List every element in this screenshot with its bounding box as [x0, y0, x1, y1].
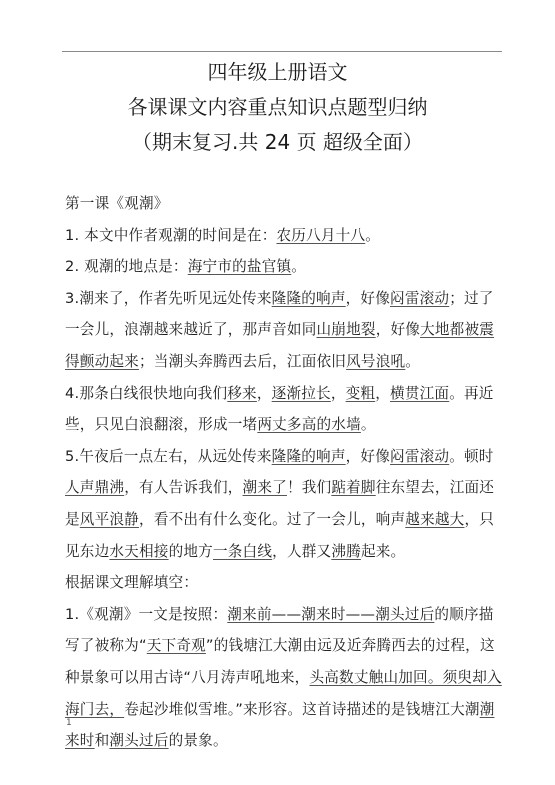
question-text: ，: [257, 385, 272, 402]
question-text: 的地方: [169, 543, 213, 560]
question-text: ，: [331, 385, 346, 402]
section2-heading: 根据课文理解填空：: [65, 567, 503, 599]
question-text: 。: [365, 227, 380, 244]
question-text: ，好像: [346, 448, 390, 465]
list-item: 1.《观潮》一文是按照：潮来前——潮来时——潮头过后的顺序描写了被称为“天下奇观…: [65, 599, 503, 757]
question-text: 卷起沙堆似雪堆。”来形容。这首诗描述的是钱塘江大潮: [124, 701, 480, 718]
answer-text: 闷雷滚动: [390, 290, 449, 307]
doc-title-line1: 四年级上册语文: [0, 58, 555, 86]
question-text: ，有人告诉我们，: [124, 479, 242, 496]
answer-text: 一条白线: [213, 543, 272, 560]
answer-text: 越来越大: [405, 511, 464, 528]
answer-text: 横贯江面: [390, 385, 449, 402]
answer-text: 移来: [227, 385, 257, 402]
question-text: 起来。: [361, 543, 405, 560]
question-text: ，好像: [346, 290, 390, 307]
answer-text: 风号浪吼: [346, 353, 405, 370]
answer-text: 潮来前——潮来时——潮头过后: [227, 606, 434, 623]
question-text: ，好像: [376, 321, 420, 338]
list-item: 3.潮来了，作者先听见远处传来隆隆的响声，好像闷雷滚动；过了一会儿，浪潮越来越近…: [65, 283, 503, 378]
question-text: ，: [375, 385, 390, 402]
question-text: ！我们: [287, 479, 331, 496]
answer-text: 山崩地裂: [317, 321, 376, 338]
lesson-heading: 第一课《观潮》: [65, 188, 503, 220]
question-text: ；当潮头奔腾西去后，江面依旧: [139, 353, 346, 370]
answer-text: 隆隆的响声: [272, 448, 346, 465]
answer-text: 闷雷滚动: [390, 448, 449, 465]
answer-text: 风平浪静: [80, 511, 139, 528]
lesson-items: 1. 本文中作者观潮的时间是在：农历八月十八。2. 观潮的地点是：海宁市的盐官镇…: [65, 220, 503, 568]
answer-text: 踮着脚: [331, 479, 375, 496]
question-text: 。: [291, 258, 306, 275]
question-text: 和: [95, 732, 110, 749]
answer-text: 隆隆的响声: [272, 290, 346, 307]
question-text: 3.潮来了，作者先听见远处传来: [65, 290, 272, 307]
answer-text: 人声鼎沸: [65, 479, 124, 496]
answer-text: 两丈多高的水墙: [257, 416, 361, 433]
question-text: 。: [405, 353, 420, 370]
answer-text: 变粗: [346, 385, 376, 402]
answer-text: 潮来了: [243, 479, 287, 496]
question-text: 的景象。: [169, 732, 228, 749]
question-text: 1. 本文中作者观潮的时间是在：: [65, 227, 276, 244]
page-number: 1: [66, 718, 72, 728]
question-text: 。顿时: [449, 448, 493, 465]
doc-title-line2: 各课课文内容重点知识点题型归纳: [0, 93, 555, 121]
header-rule: [62, 51, 502, 52]
section2-items: 1.《观潮》一文是按照：潮来前——潮来时——潮头过后的顺序描写了被称为“天下奇观…: [65, 599, 503, 757]
question-text: 4.那条白线很快地向我们: [65, 385, 227, 402]
answer-text: 潮头过后: [109, 732, 168, 749]
document-body: 第一课《观潮》 1. 本文中作者观潮的时间是在：农历八月十八。2. 观潮的地点是…: [65, 188, 503, 757]
doc-title-line3: （期末复习.共 24 页 超级全面）: [0, 128, 555, 156]
answer-text: 逐渐拉长: [272, 385, 331, 402]
answer-text: 海宁市的盐官镇: [188, 258, 292, 275]
question-text: 。: [361, 416, 376, 433]
list-item: 5.午夜后一点左右，从远处传来隆隆的响声，好像闷雷滚动。顿时人声鼎沸，有人告诉我…: [65, 441, 503, 567]
question-text: 5.午夜后一点左右，从远处传来: [65, 448, 272, 465]
question-text: 1.《观潮》一文是按照：: [65, 606, 227, 623]
list-item: 2. 观潮的地点是：海宁市的盐官镇。: [65, 251, 503, 283]
answer-text: 水天相接: [109, 543, 168, 560]
answer-text: 农历八月十八: [276, 227, 365, 244]
answer-text: 天下奇观: [147, 637, 206, 654]
question-text: ，人群又: [272, 543, 331, 560]
list-item: 4.那条白线很快地向我们移来，逐渐拉长，变粗，横贯江面。再近些，只见白浪翻滚，形…: [65, 378, 503, 441]
list-item: 1. 本文中作者观潮的时间是在：农历八月十八。: [65, 220, 503, 252]
answer-text: 沸腾: [331, 543, 361, 560]
question-text: ，看不出有什么变化。过了一会儿，响声: [139, 511, 405, 528]
question-text: 2. 观潮的地点是：: [65, 258, 188, 275]
